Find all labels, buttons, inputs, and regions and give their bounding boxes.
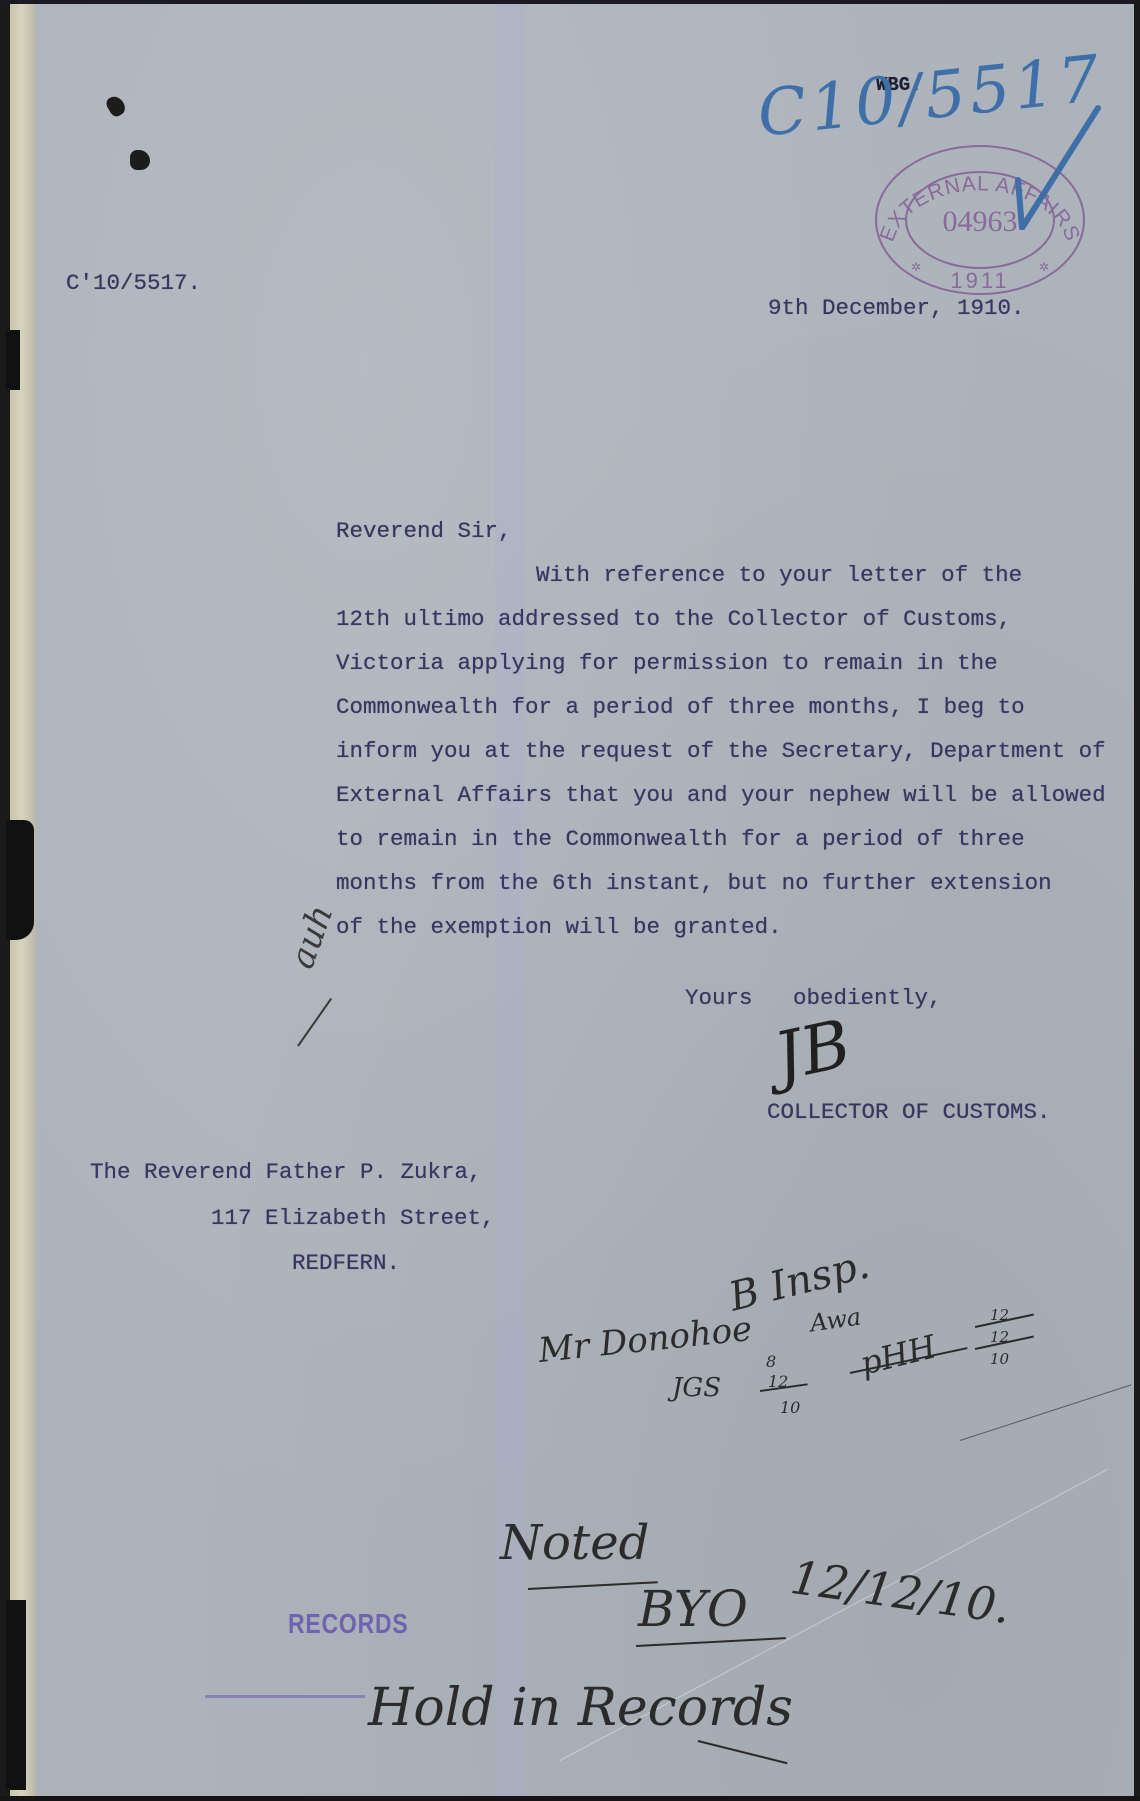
- file-reference: C'10/5517.: [66, 272, 201, 295]
- body-line: 12th ultimo addressed to the Collector o…: [336, 608, 1011, 631]
- svg-text:✲: ✲: [1039, 260, 1049, 274]
- annotation-date2-year: 10: [990, 1350, 1009, 1368]
- records-stamp-line: [205, 1695, 365, 1698]
- annotation-jgs: JGS: [672, 1373, 721, 1403]
- body-line: months from the 6th instant, but no furt…: [336, 872, 1052, 895]
- addressee-name: The Reverend Father P. Zukra,: [90, 1161, 482, 1184]
- binding-tear: [6, 1600, 26, 1790]
- signatory-title: COLLECTOR OF CUSTOMS.: [767, 1101, 1051, 1124]
- annotation-noted: Noted: [500, 1515, 649, 1571]
- salutation: Reverend Sir,: [336, 520, 512, 543]
- stamp-number: 04963: [943, 205, 1018, 238]
- svg-text:✲: ✲: [911, 260, 921, 274]
- check-mark-icon: [1010, 100, 1110, 230]
- stamp-year: 1911: [950, 268, 1009, 293]
- scan-border-top: [0, 0, 1140, 4]
- body-line: External Affairs that you and your nephe…: [336, 784, 1106, 807]
- records-stamp: RECORDS: [288, 1608, 409, 1640]
- document-page: C'10/5517. WBG. C10/5517 EXTERNAL AFFAIR…: [0, 0, 1140, 1801]
- letter-date: 9th December, 1910.: [768, 297, 1025, 320]
- closing: Yours obediently,: [685, 987, 942, 1010]
- body-line: Victoria applying for permission to rema…: [336, 652, 998, 675]
- annotation-hold-in-records: Hold in Records: [368, 1678, 793, 1738]
- punch-hole-icon: [130, 150, 150, 170]
- binding-tear: [6, 820, 34, 940]
- body-line: With reference to your letter of the: [320, 564, 1022, 587]
- annotation-date-day: 8: [766, 1352, 776, 1371]
- binding-tear: [6, 330, 20, 390]
- body-line: Commonwealth for a period of three month…: [336, 696, 1025, 719]
- signature: JB: [768, 1005, 857, 1096]
- scan-border-bottom: [0, 1796, 1140, 1801]
- body-line: inform you at the request of the Secreta…: [336, 740, 1106, 763]
- scan-border-right: [1134, 0, 1140, 1801]
- body-line: to remain in the Commonwealth for a peri…: [336, 828, 1025, 851]
- addressee-street: 117 Elizabeth Street,: [211, 1207, 495, 1230]
- body-line: of the exemption will be granted.: [336, 916, 782, 939]
- annotation-date-year: 10: [780, 1398, 800, 1417]
- annotation-noted-initials: BYO: [638, 1580, 748, 1638]
- addressee-suburb: REDFERN.: [292, 1252, 400, 1275]
